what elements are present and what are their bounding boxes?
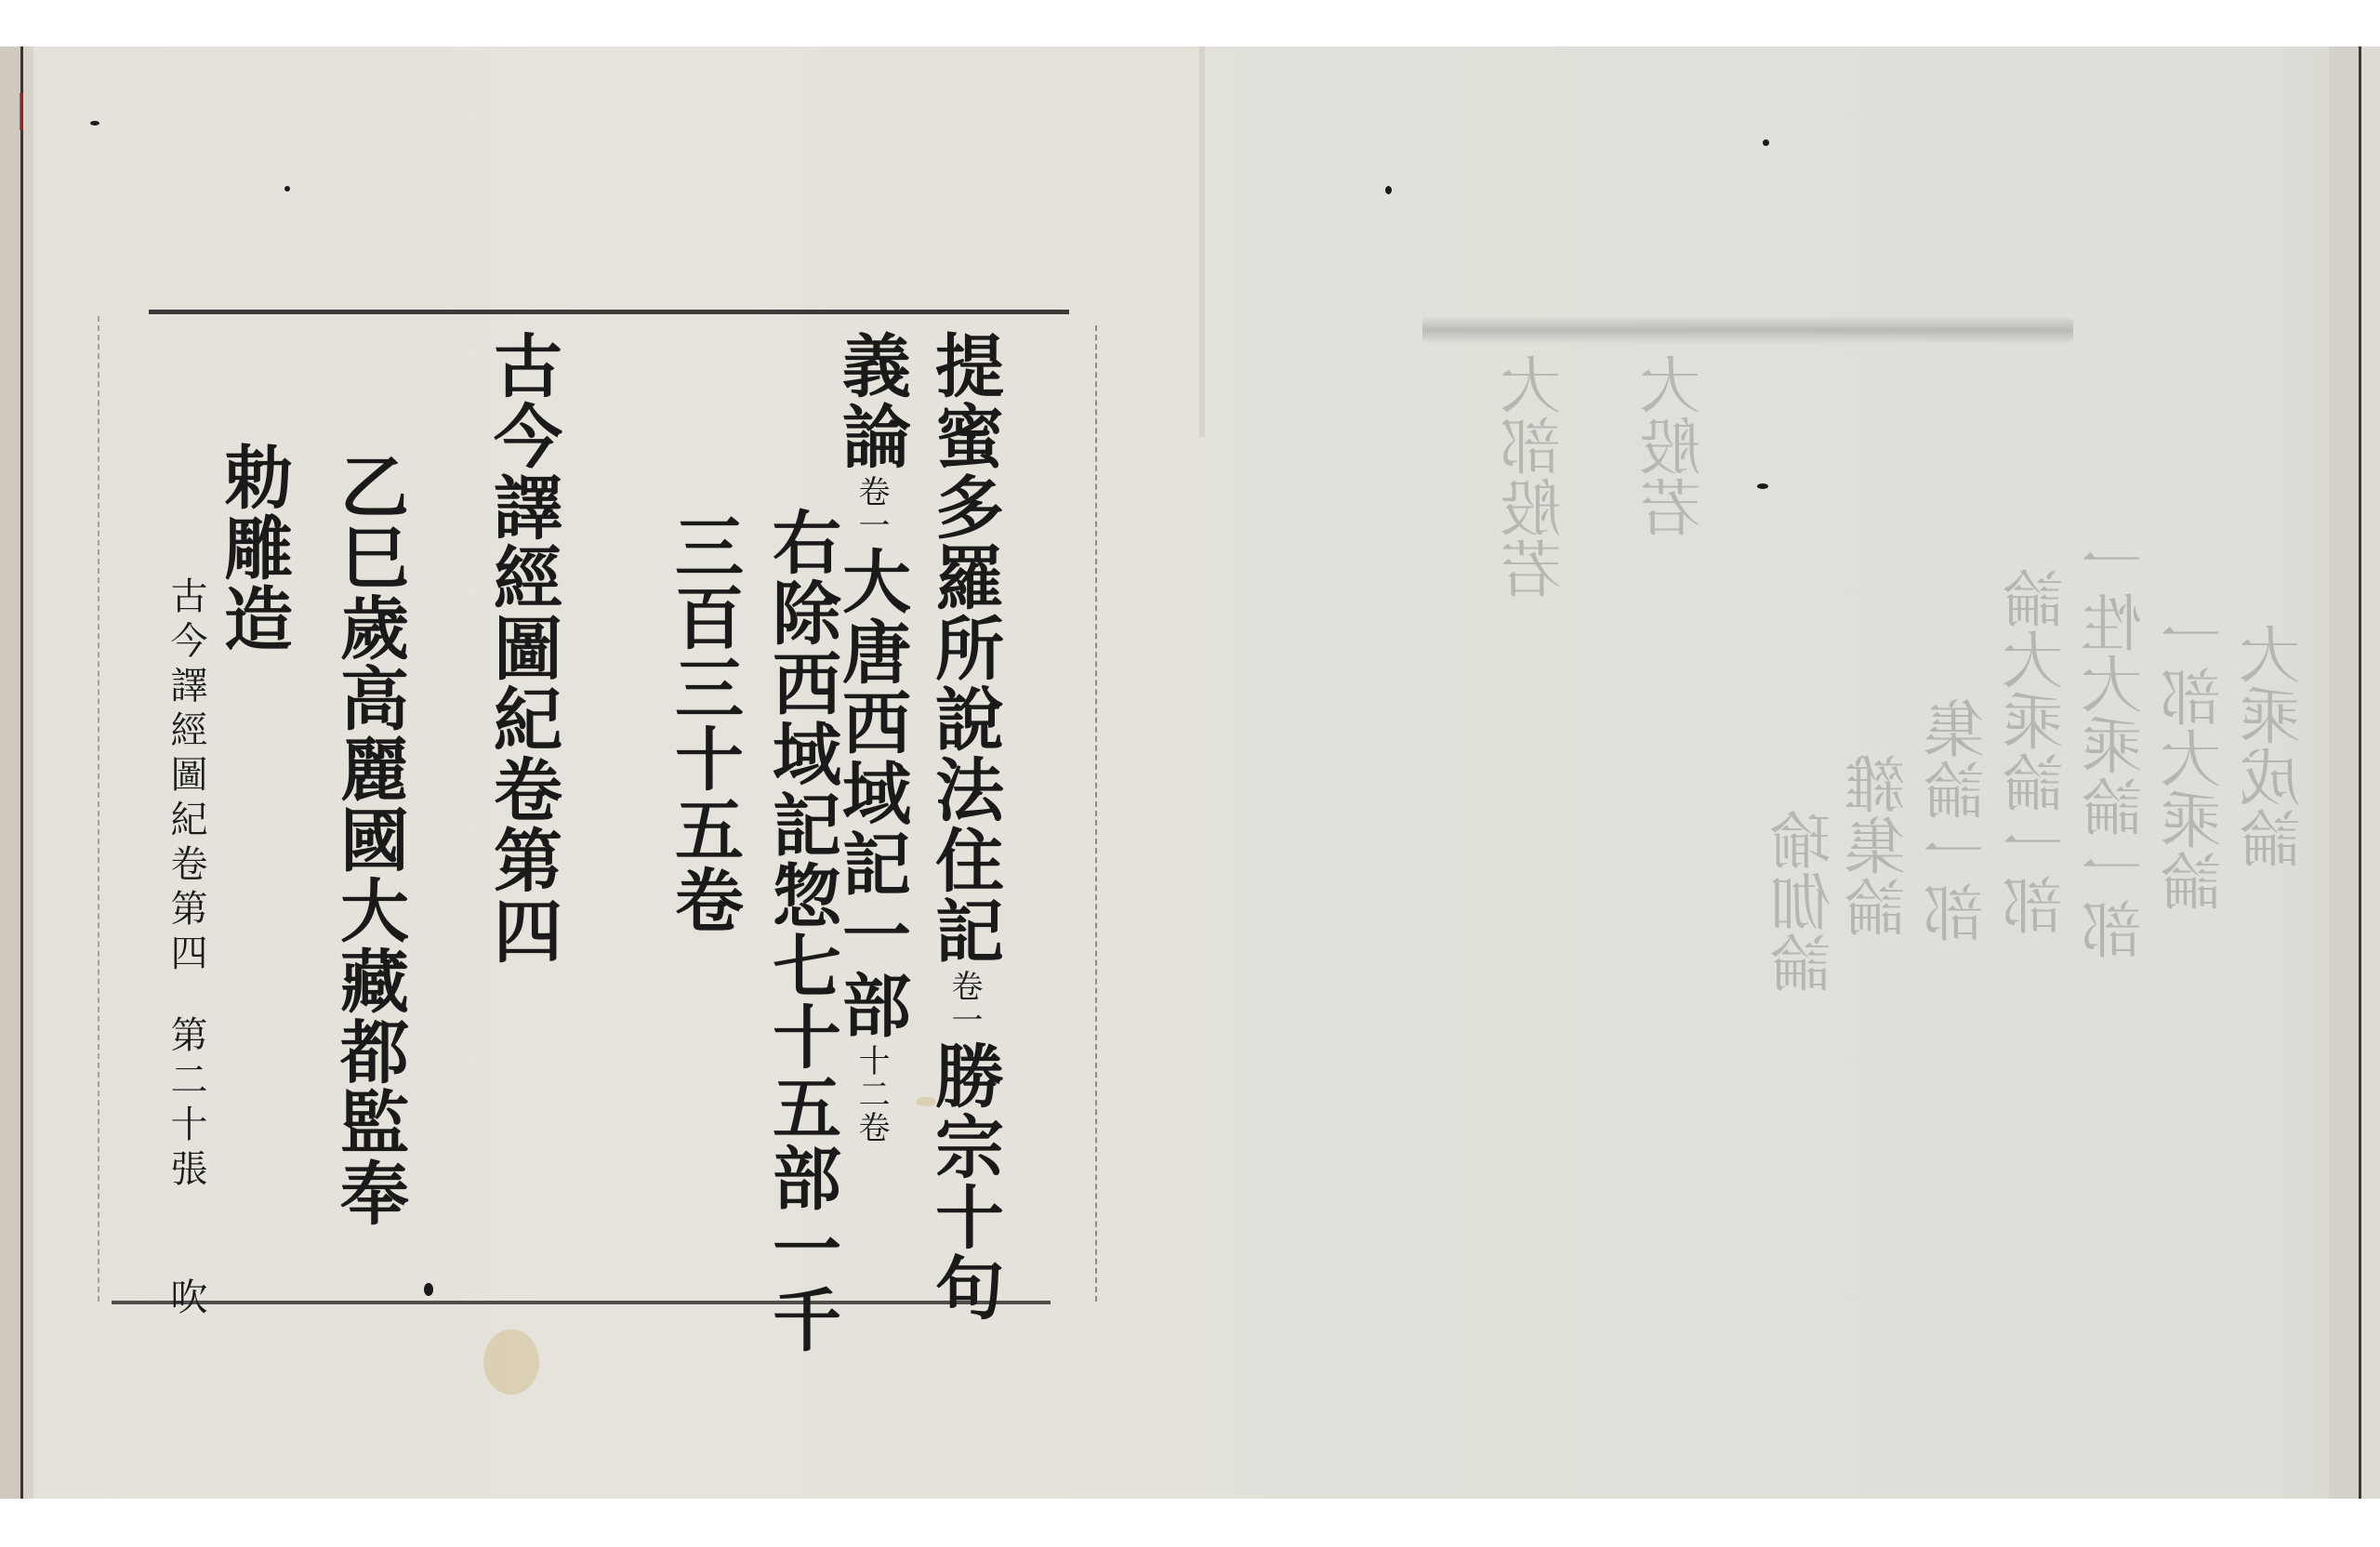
column-2-text-a: 義論 (831, 330, 911, 471)
sheet-number: 第二十張 (165, 1015, 207, 1194)
text-column-3: 右除西域記惣七十五部一千 (767, 507, 836, 1355)
frame-bottom-rule (112, 1301, 1051, 1304)
ghost-column: 集論一部 (1929, 697, 1990, 943)
frame-right-rule (1095, 325, 1099, 1302)
ghost-column: 大乘成論 (2245, 623, 2307, 868)
ghost-column: 一性大乘論一部 (2087, 530, 2149, 959)
column-3-text: 右除西域記惣七十五部一千 (761, 507, 841, 1355)
ghost-column: 瑜伽論 (1776, 809, 1837, 993)
right-fold-strip (2329, 46, 2359, 1499)
ink-speck (1763, 139, 1769, 146)
book-right-edge (2361, 46, 2380, 1499)
ghost-column: 大般若 (1646, 353, 1707, 537)
ghost-column: 大部般若 (1506, 353, 1567, 599)
column-2-text-b: 大唐西域記一部 (831, 546, 911, 1040)
ink-speck (284, 186, 290, 192)
colophon-column: 乙巳歲高麗國大藏都監奉 (335, 451, 403, 1228)
ink-speck (424, 1283, 433, 1296)
book-left-edge (0, 46, 20, 1499)
frame-left-rule (98, 316, 101, 1302)
page-scan: 提蜜多羅所說法住記卷一勝宗十句 義論卷一大唐西域記一部十二卷 右除西域記惣七十五… (0, 46, 2380, 1499)
ink-speck (1385, 186, 1392, 194)
column-2-annotation-a: 卷一 (855, 475, 887, 542)
ink-speck (1757, 483, 1768, 489)
imperial-carving-text: 勅雕造 (213, 442, 293, 654)
column-2-annotation-b: 十二卷 (855, 1044, 887, 1144)
column-1-text-b: 勝宗十句 (924, 1040, 1004, 1323)
margin-title: 古今譯經圖紀卷第四 (165, 576, 207, 978)
text-column-2: 義論卷一大唐西域記一部十二卷 (837, 330, 906, 1148)
ink-speck (90, 121, 99, 126)
column-4-text: 三百三十五卷 (664, 511, 744, 935)
paper-stain (916, 1097, 936, 1106)
margin-line: 古今譯經圖紀卷第四第二十張吹 (167, 576, 205, 1322)
carver-mark: 吹 (165, 1277, 207, 1322)
column-1-annotation: 卷一 (948, 970, 980, 1037)
paper-crease (1199, 46, 1205, 437)
volume-title-column: 古今譯經圖紀卷第四 (488, 330, 557, 966)
text-column-4: 三百三十五卷 (669, 511, 738, 935)
column-1-text-a: 提蜜多羅所說法住記 (924, 330, 1004, 966)
ghost-frame-rule (1422, 316, 2073, 344)
text-column-1: 提蜜多羅所說法住記卷一勝宗十句 (930, 330, 998, 1323)
frame-top-rule (149, 310, 1069, 314)
ghost-column: 一部大乘論 (2166, 604, 2228, 911)
ghost-column: 雜集論 (1850, 753, 1911, 937)
left-fold-strip (23, 46, 33, 1499)
paper-stain (483, 1329, 539, 1395)
ghost-column: 論大乘論一部 (2008, 567, 2069, 935)
colophon-text: 乙巳歲高麗國大藏都監奉 (329, 451, 409, 1228)
imperial-carving-column: 勅雕造 (218, 442, 287, 654)
volume-title: 古今譯經圖紀卷第四 (483, 330, 562, 966)
